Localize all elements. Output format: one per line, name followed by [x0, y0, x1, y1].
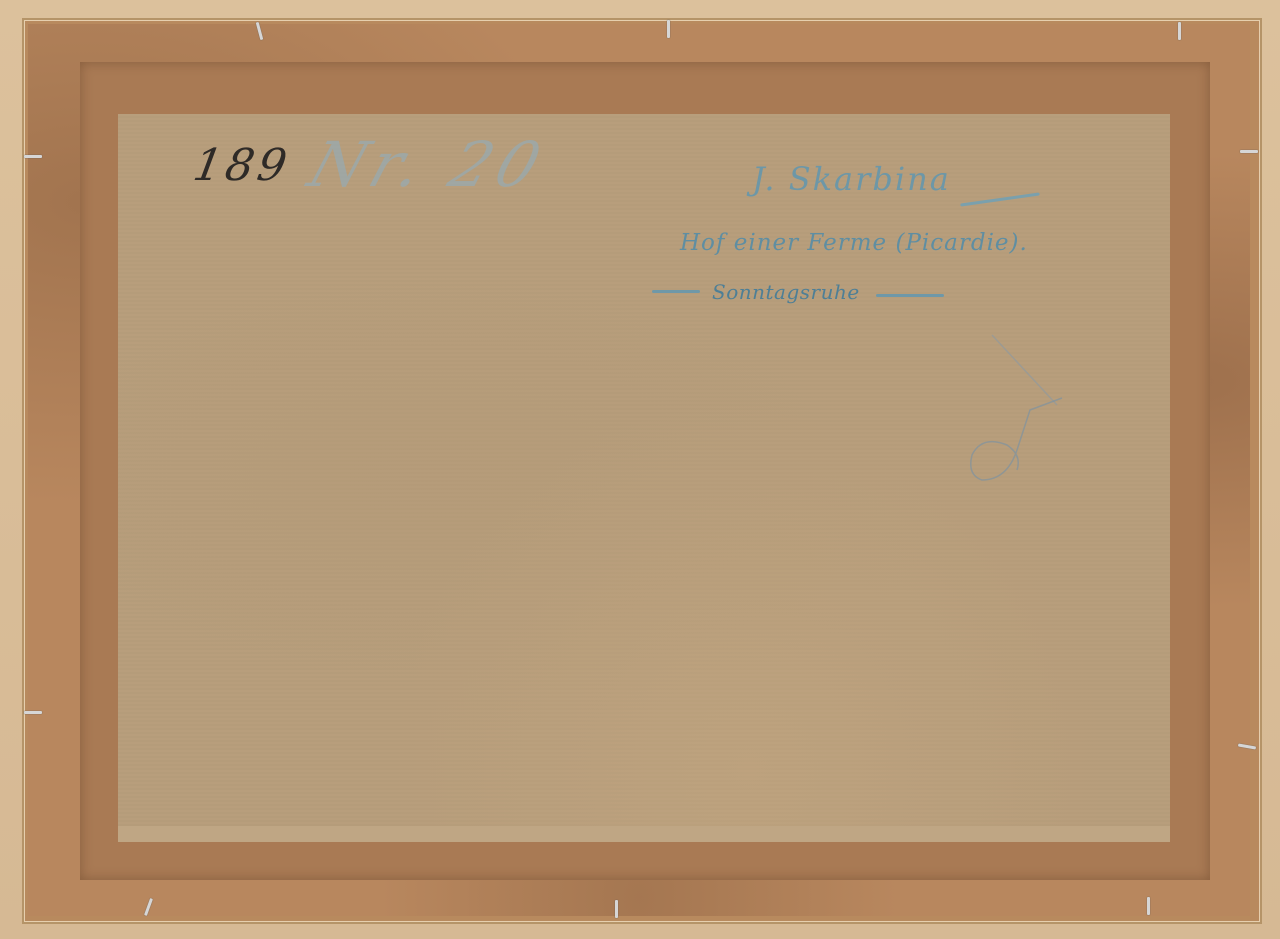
cardboard-bottom-strip: [118, 826, 1170, 842]
inventory-number: 189: [190, 140, 295, 191]
artist-signature: J. Skarbina: [752, 160, 951, 198]
subtitle-dash-left: [652, 290, 700, 293]
nail-icon: [24, 711, 42, 714]
nail-icon: [1240, 150, 1258, 153]
nail-icon: [667, 20, 670, 38]
nail-icon: [1147, 897, 1150, 915]
subtitle-dash-right: [876, 294, 944, 297]
artwork-title: Hof einer Ferme (Picardie).: [680, 230, 1028, 256]
nail-icon: [24, 155, 42, 158]
nail-icon: [1178, 22, 1181, 40]
chalk-mark: Nr. 20: [300, 128, 555, 201]
nail-icon: [615, 900, 618, 918]
pencil-monogram-icon: [962, 330, 1072, 490]
artwork-subtitle: Sonntagsruhe: [712, 280, 860, 304]
frame: 189 Nr. 20 J. Skarbina Hof einer Ferme (…: [0, 0, 1280, 939]
